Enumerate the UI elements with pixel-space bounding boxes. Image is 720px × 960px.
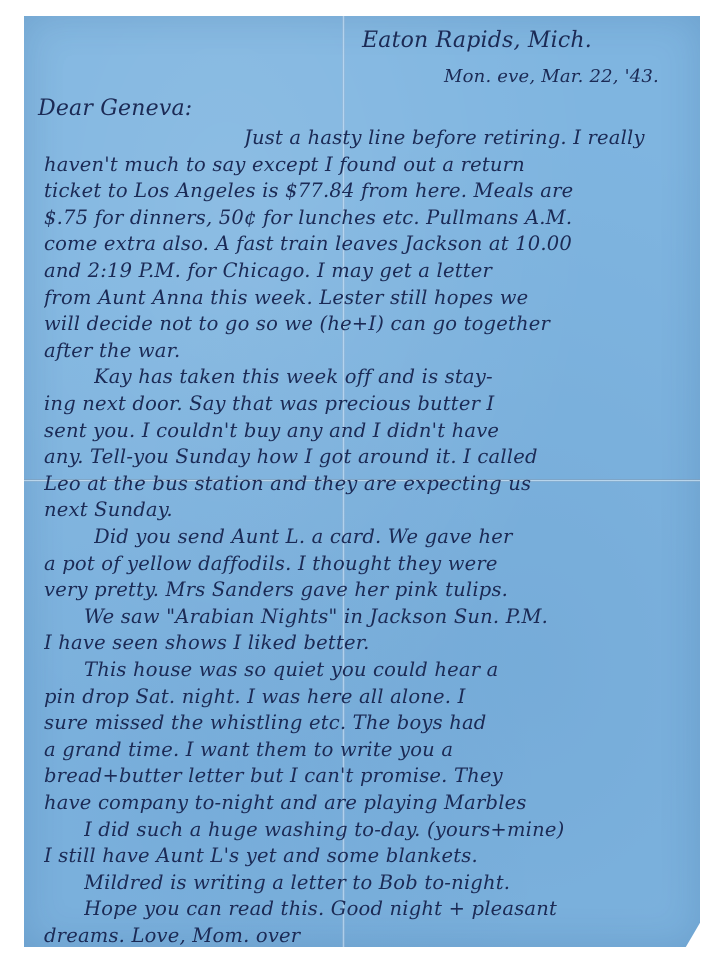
letter-line: pin drop Sat. night. I was here all alon…	[44, 685, 694, 708]
letter-line: ticket to Los Angeles is $77.84 from her…	[44, 179, 694, 202]
letter-line: dreams. Love, Mom. over	[44, 924, 694, 947]
letter-line: next Sunday.	[44, 498, 694, 521]
letter-line: Did you send Aunt L. a card. We gave her	[94, 525, 694, 548]
letter-line: will decide not to go so we (he+I) can g…	[44, 312, 694, 335]
letter-line: any. Tell-you Sunday how I got around it…	[44, 445, 694, 468]
letter-line: and 2:19 P.M. for Chicago. I may get a l…	[44, 259, 694, 282]
letter-line: I still have Aunt L's yet and some blank…	[44, 844, 694, 867]
letter-line: Leo at the bus station and they are expe…	[44, 472, 694, 495]
letter-line: ing next door. Say that was precious but…	[44, 392, 694, 415]
letter-line: $.75 for dinners, 50¢ for lunches etc. P…	[44, 206, 694, 229]
letter-line: from Aunt Anna this week. Lester still h…	[44, 286, 694, 309]
letter-line: very pretty. Mrs Sanders gave her pink t…	[44, 578, 694, 601]
letter-line: after the war.	[44, 339, 694, 362]
letter-line: a grand time. I want them to write you a	[44, 738, 694, 761]
letter-line: This house was so quiet you could hear a	[84, 658, 694, 681]
letter-line: sent you. I couldn't buy any and I didn'…	[44, 419, 694, 442]
letter-line: sure missed the whistling etc. The boys …	[44, 711, 694, 734]
letter-line: Just a hasty line before retiring. I rea…	[244, 126, 694, 149]
letter-line: have company to-night and are playing Ma…	[44, 791, 694, 814]
letter-line: a pot of yellow daffodils. I thought the…	[44, 552, 694, 575]
letter-place: Eaton Rapids, Mich.	[362, 28, 592, 53]
letter-salutation: Dear Geneva:	[38, 96, 192, 121]
letter-line: bread+butter letter but I can't promise.…	[44, 764, 694, 787]
letter-date: Mon. eve, Mar. 22, '43.	[444, 66, 659, 87]
letter-line: Mildred is writing a letter to Bob to-ni…	[84, 871, 694, 894]
letter-line: Hope you can read this. Good night + ple…	[84, 897, 694, 920]
letter-paper: Eaton Rapids, Mich. Mon. eve, Mar. 22, '…	[24, 16, 700, 947]
letter-line: I have seen shows I liked better.	[44, 631, 694, 654]
letter-line: Kay has taken this week off and is stay-	[94, 365, 694, 388]
letter-line: come extra also. A fast train leaves Jac…	[44, 232, 694, 255]
letter-line: I did such a huge washing to-day. (yours…	[84, 818, 694, 841]
letter-line: haven't much to say except I found out a…	[44, 153, 694, 176]
letter-line: We saw "Arabian Nights" in Jackson Sun. …	[84, 605, 694, 628]
